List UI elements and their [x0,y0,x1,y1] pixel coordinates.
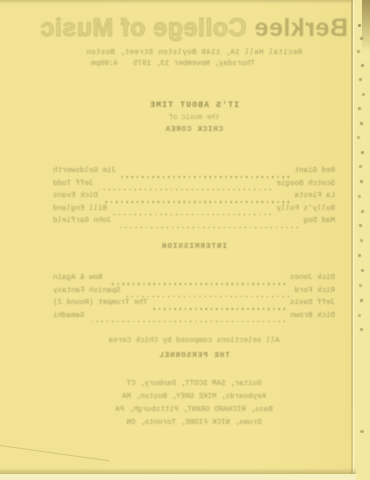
edge-mark [360,430,364,433]
setlist-first-half: Red GiantJim GoldsworthScotch BoogieJeff… [53,167,335,230]
venue-line: Recital Hall 1A, 1140 Boylston Street, B… [18,49,370,57]
row-left-text: Dick Jones [290,274,335,282]
dot-leader [121,176,289,177]
row-right-text: John Garfield [53,217,112,225]
berklee-logo: Berklee College of Music [18,14,370,43]
row-right-text: Jeff Todd [53,180,94,188]
personnel-line: Keyboards, MIKE GREY, Boston, MA [18,391,370,404]
date-text: Thursday, November 13, 1975 [18,60,370,68]
logo-rest-text: College of Music [40,14,254,42]
row-left-text: La Fiesta [294,192,335,200]
personnel-line: Drums, NICK FIORE, Toronto, ON [18,417,370,430]
personnel-list: Guitar, SAM SCOTT, Danbury, CTKeyboards,… [18,378,370,430]
row-left-text: Dick Brown [290,312,335,320]
row-right-text: Bill England [53,205,107,213]
row-right-text: Samadhi [53,312,85,320]
row-right-text: Spanish Fantasy [53,287,121,295]
binding-perforation-marks [356,24,366,354]
row-left-text: Red Giant [294,167,335,175]
scanned-program-page: { "scan": { "page_color": "#f2e494", "in… [0,0,370,480]
setlist-row: Jeff DavisThe Trumpet (Round 2) [53,299,335,312]
setlist-row: Red GiantJim Goldsworth [53,167,335,180]
row-right-text: Jim Goldsworth [53,167,116,175]
personnel-line: Guitar, SAM SCOTT, Danbury, CT [18,378,370,391]
row-left-text: Jeff Davis [290,299,335,307]
credit-line: All selections composed by Chick Corea [18,337,370,345]
mirrored-bleed-through-text: Berklee College of Music Recital Hall 1A… [0,0,370,480]
personnel-line: Bass, RICHARD GRANT, Pittsburgh, PA [18,404,370,417]
row-left-text: Bully's Folly [276,205,335,213]
intermission-label: INTERMISSION [18,243,370,251]
dot-leader [126,296,290,297]
row-left-text: Rick Ford [294,287,335,295]
time-text: 4:00pm [91,60,118,68]
row-left-text: Scotch Boogie [276,180,335,188]
dot-leader [112,214,271,215]
dot-leader [90,321,285,322]
show-artist: CHICK COREA [18,126,370,134]
row-right-text: Dick Evans [53,192,98,200]
personnel-heading: THE PERSONNEL [18,352,370,360]
date-line: Thursday, November 13, 1975 4:00pm [18,60,370,72]
dot-leader [117,227,299,228]
setlist-row: Bully's FollyBill England [53,205,335,218]
setlist-second-half: Dick JonesNow & AgainRick FordSpanish Fa… [53,274,335,324]
scanner-background-bottom [0,474,356,480]
setlist-row: Scotch BoogieJeff Todd [53,180,335,193]
setlist-row: Dick JonesNow & Again [53,274,335,287]
row-right-text: The Trumpet (Round 2) [53,299,148,307]
dot-leader [103,201,289,202]
setlist-row: Rick FordSpanish Fantasy [53,287,335,300]
setlist-row: Dick BrownSamadhi [53,312,335,325]
setlist-row: Mad DogJohn Garfield [53,217,335,230]
show-subtitle: the music of [18,114,370,122]
row-right-text: Now & Again [53,274,103,282]
dot-leader [108,283,285,284]
show-title: IT'S ABOUT TIME [18,101,370,110]
row-left-text: Mad Dog [303,217,335,225]
page-right-edge [351,0,353,474]
dot-leader [99,189,272,190]
dot-leader [153,308,285,309]
setlist-row: La FiestaDick Evans [53,192,335,205]
logo-brand-text: Berklee [254,14,348,42]
